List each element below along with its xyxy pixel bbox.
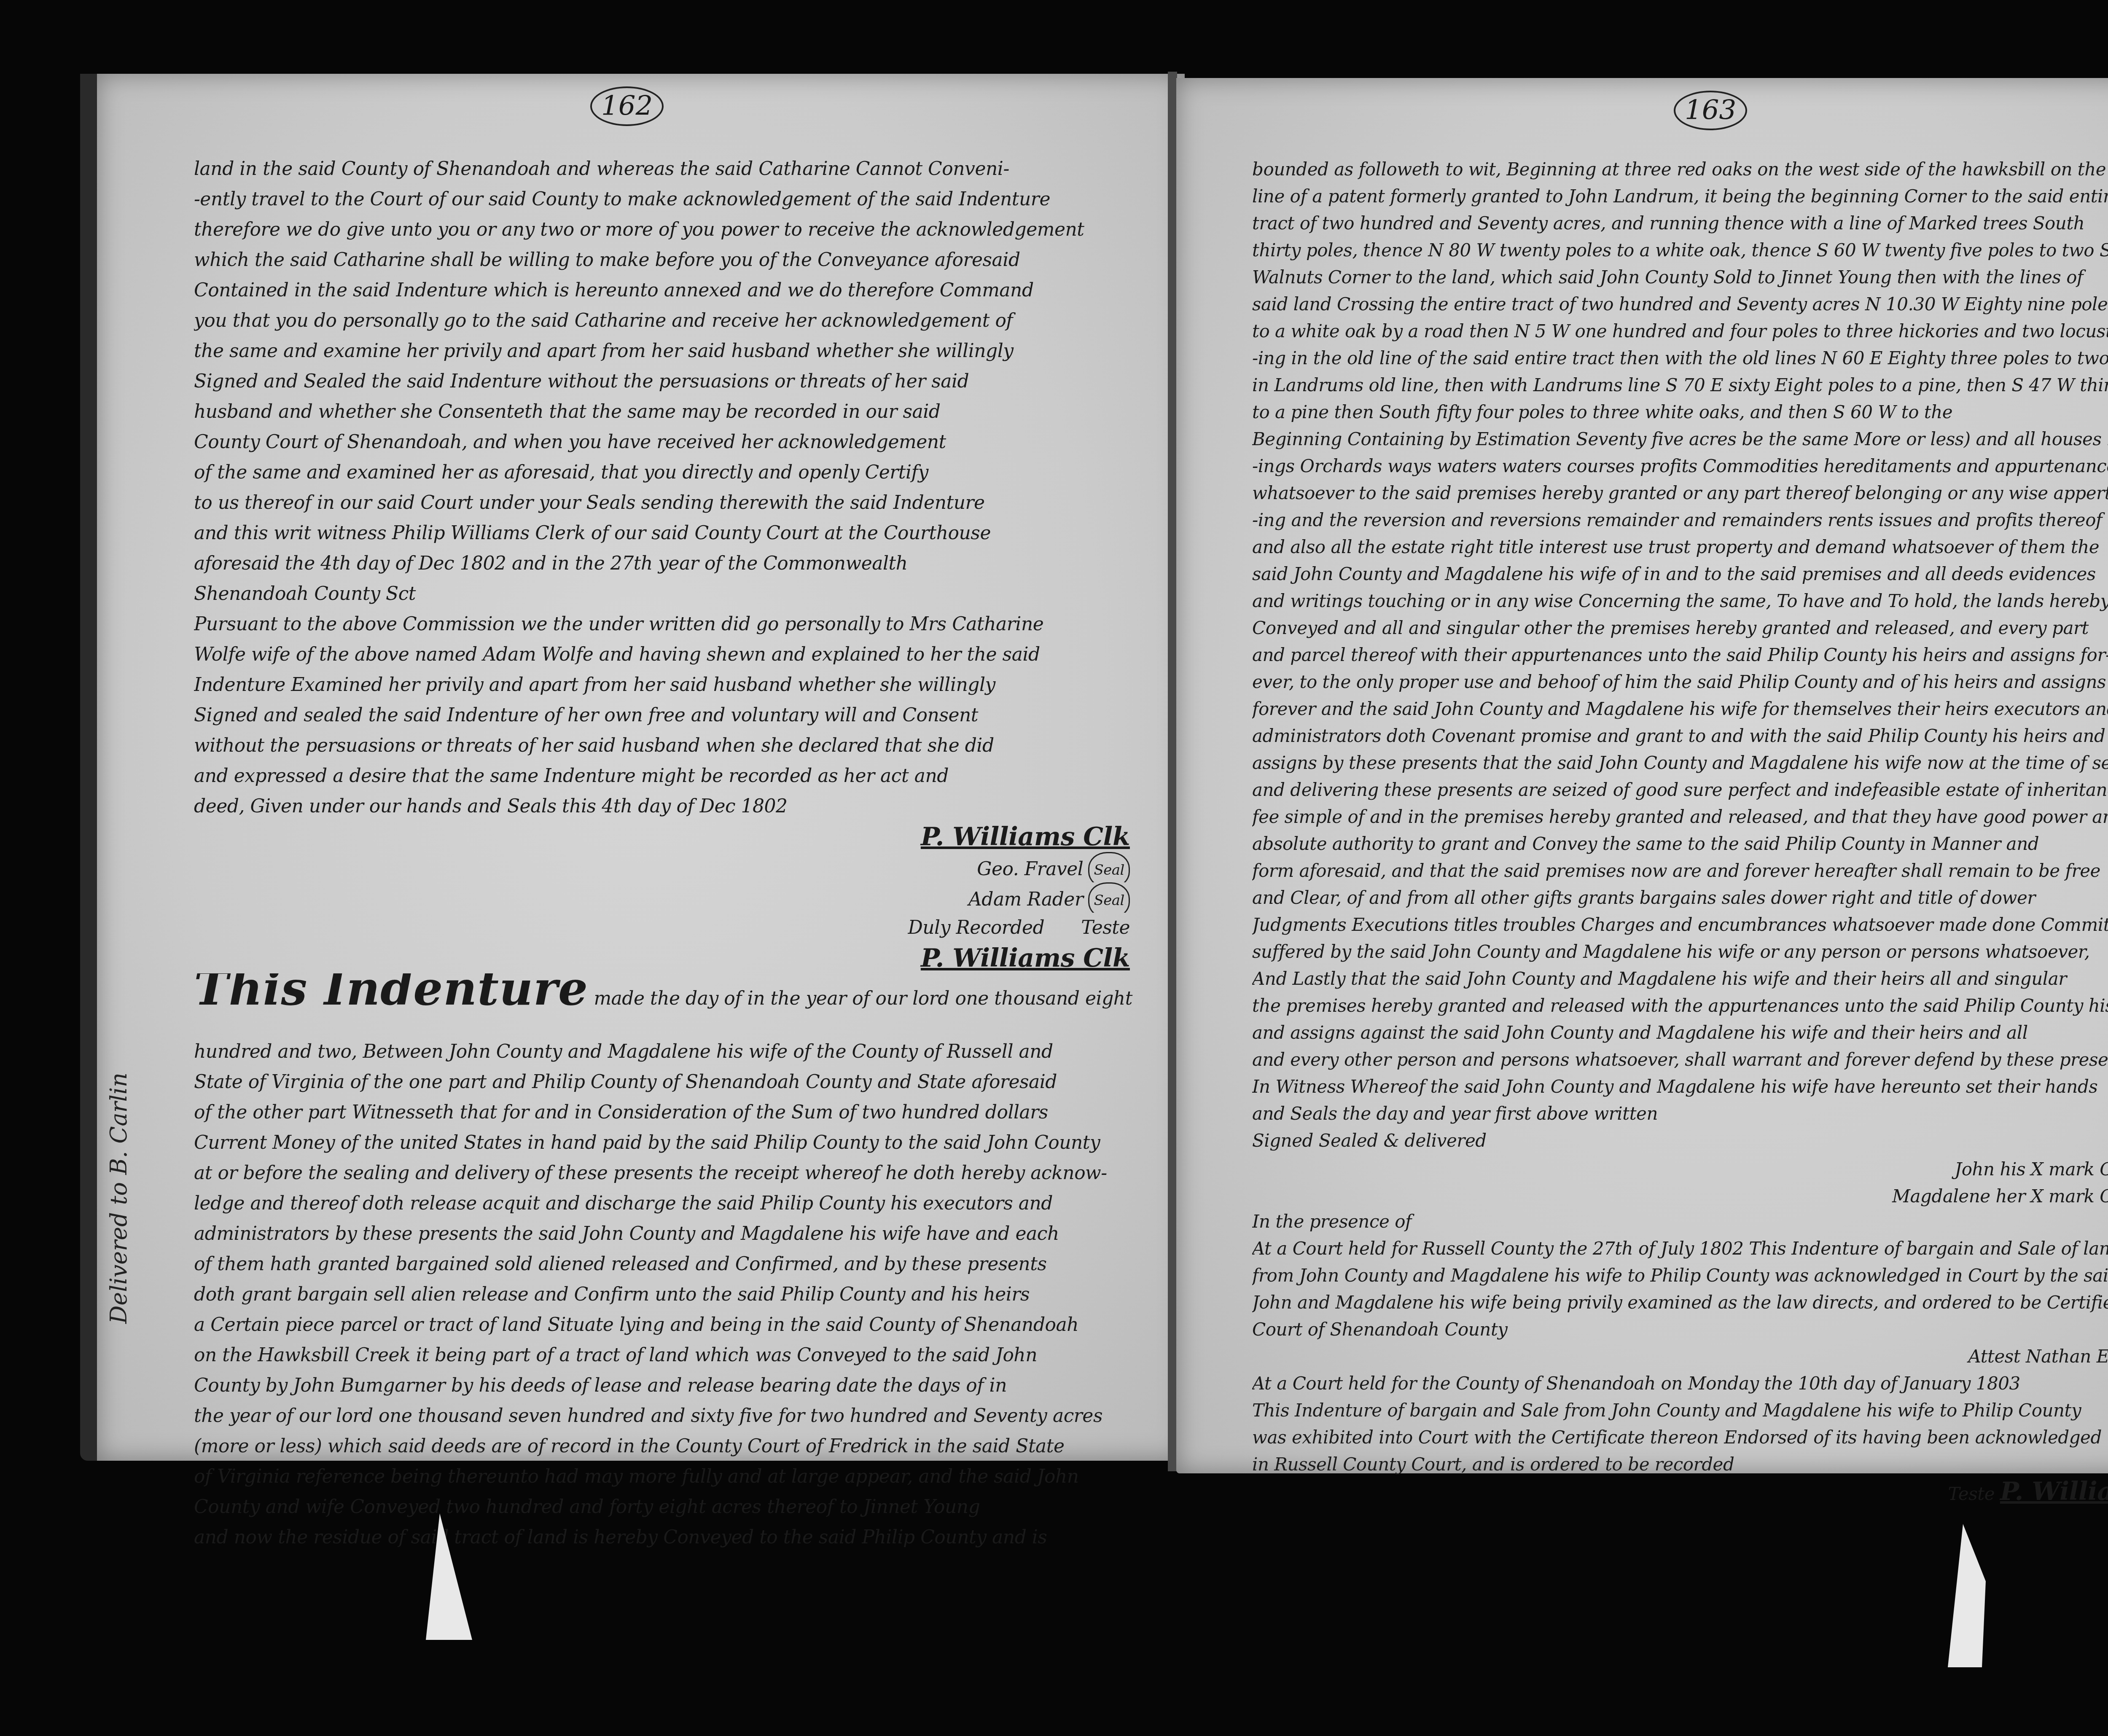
commissioner-signature: Geo. FravelSeal — [194, 852, 1147, 882]
seal-icon: Seal — [1088, 882, 1130, 913]
recording-note: Duly Recorded Teste — [194, 913, 1147, 943]
handwritten-line: to a white oak by a road then N 5 W one … — [1252, 318, 2108, 345]
handwritten-line: Conveyed and all and singular other the … — [1252, 615, 2108, 642]
handwritten-line: and now the residue of said tract of lan… — [194, 1522, 1147, 1553]
left-page-text: land in the said County of Shenandoah an… — [194, 154, 1147, 1553]
handwritten-line: and this writ witness Philip Williams Cl… — [194, 518, 1147, 548]
clerk-signature: P. Williams Clk — [194, 822, 1147, 852]
seal-icon: Seal — [1088, 852, 1130, 882]
handwritten-line: and expressed a desire that the same Ind… — [194, 761, 1147, 791]
handwritten-line: ledge and thereof doth release acquit an… — [194, 1188, 1147, 1219]
handwritten-line: and writings touching or in any wise Con… — [1252, 588, 2108, 615]
duly-recorded-label: Duly Recorded — [908, 917, 1044, 938]
handwritten-line: Signed and sealed the said Indenture of … — [194, 700, 1147, 731]
margin-note: Delivered to B. Carlin — [105, 1072, 132, 1324]
court-record-line: from John County and Magdalene his wife … — [1252, 1262, 2108, 1289]
handwritten-line: the year of our lord one thousand seven … — [194, 1401, 1147, 1431]
handwritten-line: husband and whether she Consenteth that … — [194, 397, 1147, 427]
court-record-line: This Indenture of bargain and Sale from … — [1252, 1397, 2108, 1424]
handwritten-line: Walnuts Corner to the land, which said J… — [1252, 264, 2108, 291]
handwritten-line: to us thereof in our said Court under yo… — [194, 488, 1147, 518]
clerk-signature: P. Williams Clk — [194, 943, 1147, 973]
handwritten-line: said John County and Magdalene his wife … — [1252, 561, 2108, 588]
handwritten-line: said land Crossing the entire tract of t… — [1252, 291, 2108, 318]
in-presence-label: In the presence of — [1252, 1208, 2108, 1235]
handwritten-line: which the said Catharine shall be willin… — [194, 245, 1147, 275]
microfilm-viewer: 162 land in the said County of Shenandoa… — [0, 0, 2108, 1736]
grantor-signature: Magdalene her X mark CountySeal — [1252, 1181, 2108, 1208]
handwritten-line: Signed and Sealed the said Indenture wit… — [194, 366, 1147, 397]
handwritten-line: County and wife Conveyed two hundred and… — [194, 1492, 1147, 1522]
right-page-text: bounded as followeth to wit, Beginning a… — [1252, 156, 2108, 1505]
handwritten-line: tract of two hundred and Seventy acres, … — [1252, 210, 2108, 237]
handwritten-line: fee simple of and in the premises hereby… — [1252, 804, 2108, 830]
handwritten-line: of Virginia reference being thereunto ha… — [194, 1462, 1147, 1492]
handwritten-line: of them hath granted bargained sold alie… — [194, 1249, 1147, 1279]
handwritten-line: Contained in the said Indenture which is… — [194, 275, 1147, 306]
signed-sealed-label: Signed Sealed & delivered — [1252, 1127, 2108, 1154]
handwritten-line: and every other person and persons whats… — [1252, 1046, 2108, 1073]
teste-label: Teste — [1081, 917, 1130, 938]
handwritten-line: in Landrums old line, then with Landrums… — [1252, 372, 2108, 399]
handwritten-line: forever and the said John County and Mag… — [1252, 696, 2108, 723]
commissioner-name: Geo. Fravel — [977, 858, 1083, 880]
left-page: 162 land in the said County of Shenandoa… — [80, 74, 1185, 1461]
handwritten-line: and Clear, of and from all other gifts g… — [1252, 884, 2108, 911]
teste-signature-row: Teste P. Williams Clk — [1252, 1478, 2108, 1505]
handwritten-line: County by John Bumgarner by his deeds of… — [194, 1371, 1147, 1401]
handwritten-line: line of a patent formerly granted to Joh… — [1252, 183, 2108, 210]
handwritten-line: whatsoever to the said premises hereby g… — [1252, 480, 2108, 507]
handwritten-line: and Seals the day and year first above w… — [1252, 1100, 2108, 1127]
handwritten-line: suffered by the said John County and Mag… — [1252, 938, 2108, 965]
handwritten-line: In Witness Whereof the said John County … — [1252, 1073, 2108, 1100]
court-record-line: John and Magdalene his wife being privil… — [1252, 1289, 2108, 1316]
handwritten-line: bounded as followeth to wit, Beginning a… — [1252, 156, 2108, 183]
handwritten-line: at or before the sealing and delivery of… — [194, 1158, 1147, 1188]
handwritten-line: you that you do personally go to the sai… — [194, 306, 1147, 336]
page-number-163: 163 — [1674, 91, 1747, 130]
handwritten-line: made the day of in the year of our lord … — [594, 988, 1132, 1009]
handwritten-line: administrators by these presents the sai… — [194, 1219, 1147, 1249]
commissioner-signature: Adam RaderSeal — [194, 882, 1147, 913]
court-record-line: was exhibited into Court with the Certif… — [1252, 1424, 2108, 1451]
handwritten-line: to a pine then South fifty four poles to… — [1252, 399, 2108, 426]
handwritten-line: assigns by these presents that the said … — [1252, 750, 2108, 777]
handwritten-line: and delivering these presents are seized… — [1252, 777, 2108, 804]
handwritten-line: -ently travel to the Court of our said C… — [194, 184, 1147, 215]
handwritten-line: Pursuant to the above Commission we the … — [194, 609, 1147, 640]
handwritten-line: doth grant bargain sell alien release an… — [194, 1279, 1147, 1310]
teste-label: Teste — [1948, 1483, 1995, 1504]
handwritten-line: deed, Given under our hands and Seals th… — [194, 791, 1147, 822]
handwritten-line: without the persuasions or threats of he… — [194, 731, 1147, 761]
handwritten-line: therefore we do give unto you or any two… — [194, 215, 1147, 245]
handwritten-line: Current Money of the united States in ha… — [194, 1128, 1147, 1158]
handwritten-line: and also all the estate right title inte… — [1252, 534, 2108, 561]
handwritten-line: of the other part Witnesseth that for an… — [194, 1097, 1147, 1128]
handwritten-line: Indenture Examined her privily and apart… — [194, 670, 1147, 700]
handwritten-line: State of Virginia of the one part and Ph… — [194, 1067, 1147, 1097]
handwritten-line: Shenandoah County Sct — [194, 579, 1147, 609]
grantor-signature: John his X mark CountySeal — [1252, 1154, 2108, 1181]
handwritten-line: a Certain piece parcel or tract of land … — [194, 1310, 1147, 1340]
court-record-line: At a Court held for Russell County the 2… — [1252, 1235, 2108, 1262]
handwritten-line: absolute authority to grant and Convey t… — [1252, 830, 2108, 857]
court-record-line: in Russell County Court, and is ordered … — [1252, 1451, 2108, 1478]
handwritten-line: and parcel thereof with their appurtenan… — [1252, 642, 2108, 669]
indenture-start: This Indenture made the day of in the ye… — [194, 973, 1147, 1037]
handwritten-line: of the same and examined her as aforesai… — [194, 457, 1147, 488]
paper-tab-marker — [1948, 1524, 1986, 1667]
handwritten-line: Judgments Executions titles troubles Cha… — [1252, 911, 2108, 938]
handwritten-line: on the Hawksbill Creek it being part of … — [194, 1340, 1147, 1371]
court-record-line: At a Court held for the County of Shenan… — [1252, 1370, 2108, 1397]
handwritten-line: ever, to the only proper use and behoof … — [1252, 669, 2108, 696]
commissioner-name: Adam Rader — [968, 889, 1084, 910]
handwritten-line: -ing and the reversion and reversions re… — [1252, 507, 2108, 534]
handwritten-line: and assigns against the said John County… — [1252, 1019, 2108, 1046]
page-number-162: 162 — [590, 86, 664, 126]
court-record-line: Court of Shenandoah County — [1252, 1316, 2108, 1343]
handwritten-line: hundred and two, Between John County and… — [194, 1037, 1147, 1067]
handwritten-line: administrators doth Covenant promise and… — [1252, 723, 2108, 750]
handwritten-line: (more or less) which said deeds are of r… — [194, 1431, 1147, 1462]
handwritten-line: -ings Orchards ways waters waters course… — [1252, 453, 2108, 480]
indenture-heading: This Indenture — [194, 973, 588, 1016]
handwritten-line: form aforesaid, and that the said premis… — [1252, 857, 2108, 884]
handwritten-line: the same and examine her privily and apa… — [194, 336, 1147, 366]
handwritten-line: thirty poles, thence N 80 W twenty poles… — [1252, 237, 2108, 264]
handwritten-line: And Lastly that the said John County and… — [1252, 965, 2108, 992]
clerk-signature: P. Williams Clk — [2000, 1478, 2108, 1505]
handwritten-line: Wolfe wife of the above named Adam Wolfe… — [194, 640, 1147, 670]
handwritten-line: the premises hereby granted and released… — [1252, 992, 2108, 1019]
handwritten-line: aforesaid the 4th day of Dec 1802 and in… — [194, 548, 1147, 579]
handwritten-line: land in the said County of Shenandoah an… — [194, 154, 1147, 184]
handwritten-line: -ing in the old line of the said entire … — [1252, 345, 2108, 372]
grantor-name: John his X mark County — [1955, 1159, 2108, 1180]
handwritten-line: Beginning Containing by Estimation Seven… — [1252, 426, 2108, 453]
attest-signature: Attest Nathan Ellington DC — [1252, 1343, 2108, 1370]
book-gutter — [1168, 72, 1177, 1471]
handwritten-line: County Court of Shenandoah, and when you… — [194, 427, 1147, 457]
grantor-name: Magdalene her X mark County — [1892, 1186, 2108, 1207]
right-page: 163 bounded as followeth to wit, Beginni… — [1176, 78, 2108, 1473]
